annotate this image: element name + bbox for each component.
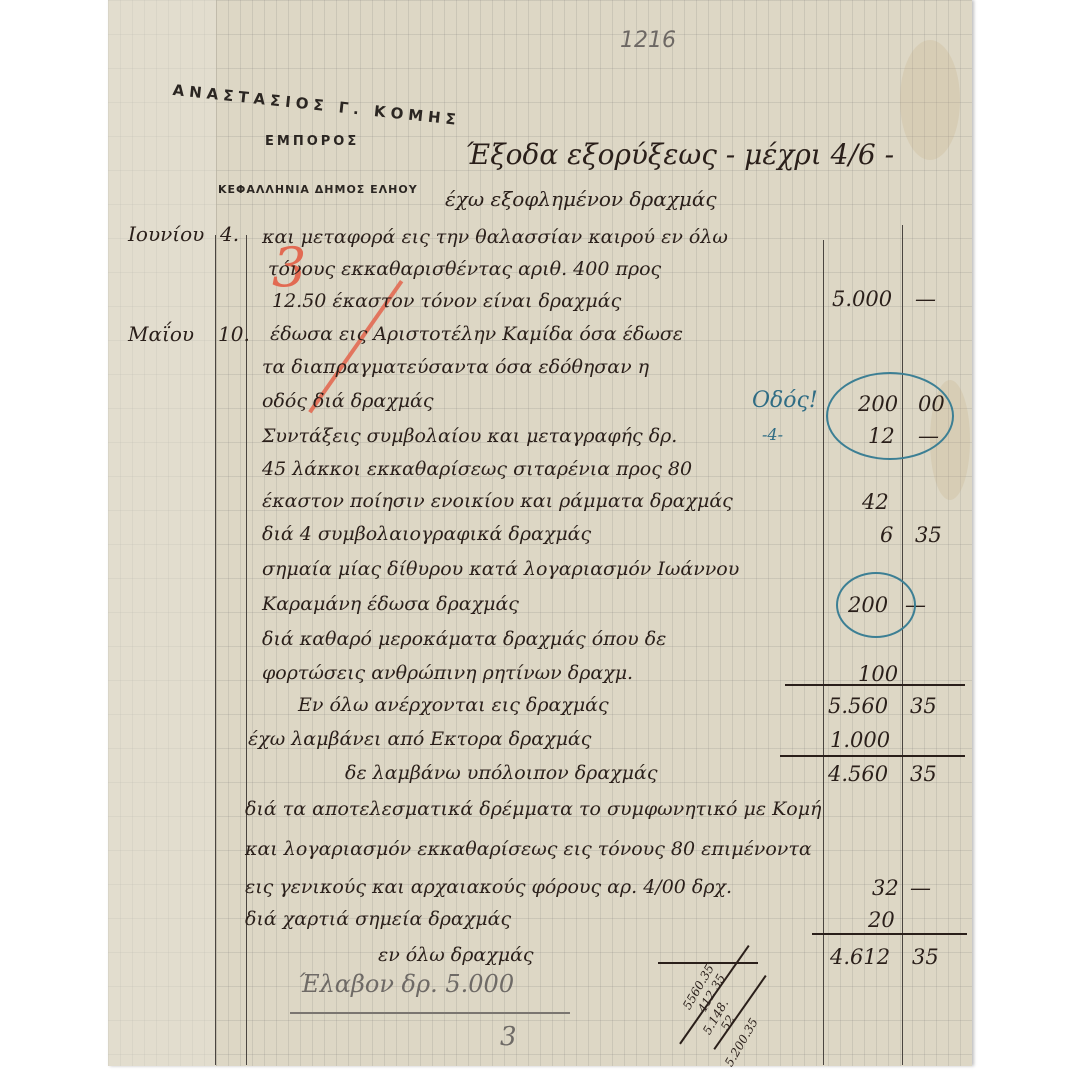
ledger-line-balance: δε λαμβάνω υπόλοιπον δραχμάς bbox=[345, 762, 658, 784]
ledger-line: τα διαπραγματεύσαντα όσα εδόθησαν η bbox=[262, 356, 649, 378]
document-subtitle: έχω εξοφλημένον δραχμάς bbox=[445, 187, 717, 211]
ledger-line: έδωσα εις Αριστοτέλην Καμίδα όσα έδωσε bbox=[270, 323, 683, 345]
letterhead-role: ΕΜΠΟΡΟΣ bbox=[265, 134, 359, 149]
amount-cents: — bbox=[915, 287, 936, 311]
amount-drachmas: 4.612 bbox=[830, 945, 890, 969]
ledger-line-grand-total: εν όλω δραχμάς bbox=[378, 944, 534, 966]
ledger-line: διά τα αποτελεσματικά δρέμματα το συμφων… bbox=[245, 798, 821, 820]
blue-circle-annotation bbox=[826, 372, 954, 460]
blue-note-odos: Οδός! bbox=[752, 388, 818, 413]
amount-drachmas: 100 bbox=[858, 662, 898, 686]
total-rule bbox=[812, 933, 967, 935]
ledger-line: διά καθαρό μεροκάματα δραχμάς όπου δε bbox=[262, 628, 666, 650]
ledger-line: φορτώσεις ανθρώπινη ρητίνων δραχμ. bbox=[262, 662, 633, 684]
ledger-line: οδός διά δραχμάς bbox=[262, 390, 434, 412]
ledger-line: 45 λάκκοι εκκαθαρίσεως σιταρένια προς 80 bbox=[262, 458, 692, 480]
amount-cents: — bbox=[910, 876, 931, 900]
amount-drachmas: 5.000 bbox=[832, 287, 892, 311]
date-day: 4. bbox=[220, 222, 239, 246]
amount-drachmas: 5.560 bbox=[828, 694, 888, 718]
margin-rule-month bbox=[215, 235, 216, 1065]
subtotal-rule bbox=[785, 684, 965, 686]
ledger-line: εις γενικούς και αρχαιακούς φόρους αρ. 4… bbox=[245, 876, 732, 898]
amount-cents: 35 bbox=[910, 762, 937, 786]
ledger-line: σημαία μίας δίθυρου κατά λογαριασμόν Ιωά… bbox=[262, 558, 739, 580]
paper-stain bbox=[900, 40, 960, 160]
pencil-underline bbox=[290, 1012, 570, 1014]
ledger-line: διά χαρτιά σημεία δραχμάς bbox=[245, 908, 511, 930]
background-left bbox=[0, 0, 108, 1080]
ledger-line: και μεταφορά εις την θαλασσίαν καιρού εν… bbox=[262, 226, 728, 248]
ledger-line-total: Εν όλω ανέρχονται εις δραχμάς bbox=[298, 694, 609, 716]
amount-drachmas: 20 bbox=[868, 908, 895, 932]
ledger-line: έχω λαμβάνει από Εκτορα δραχμάς bbox=[248, 728, 591, 750]
date-month: Μαΐου bbox=[128, 322, 194, 346]
pencil-note-received: Έλαβον δρ. 5.000 bbox=[298, 970, 514, 998]
ledger-line: και λογαριασμόν εκκαθαρίσεως εις τόνους … bbox=[245, 838, 812, 860]
background-right bbox=[972, 0, 1080, 1080]
amount-drachmas: 32 bbox=[872, 876, 899, 900]
ledger-line: Καραμάνη έδωσα δραχμάς bbox=[262, 593, 519, 615]
margin-rule-day bbox=[246, 235, 247, 1065]
page-number: 3 bbox=[500, 1022, 517, 1052]
ledger-line: 12.50 έκαστον τόνον είναι δραχμάς bbox=[272, 290, 621, 312]
subtotal-rule bbox=[780, 755, 965, 757]
paper-fold-strip bbox=[108, 0, 217, 1066]
amount-cents: 35 bbox=[910, 694, 937, 718]
ledger-line: διά 4 συμβολαιογραφικά δραχμάς bbox=[262, 523, 591, 545]
blue-circle-annotation bbox=[836, 572, 916, 638]
amount-drachmas: 4.560 bbox=[828, 762, 888, 786]
blue-note-count: -4- bbox=[762, 425, 783, 444]
amount-drachmas: 1.000 bbox=[830, 728, 890, 752]
document-title: Έξοδα εξορύξεως - μέχρι 4/6 - bbox=[465, 138, 894, 171]
ledger-line: τόνους εκκαθαρισθέντας αριθ. 400 προς bbox=[268, 258, 661, 280]
cents-column-rule bbox=[902, 225, 903, 1065]
amount-drachmas: 6 bbox=[880, 523, 893, 547]
ledger-line: Συντάξεις συμβολαίου και μεταγραφής δρ. bbox=[262, 425, 677, 447]
date-month: Ιουνίου bbox=[128, 222, 204, 246]
date-day: 10. bbox=[218, 322, 250, 346]
archive-number: 1216 bbox=[620, 28, 676, 53]
ledger-line: έκαστον ποίησιν ενοικίου και ράμματα δρα… bbox=[262, 490, 733, 512]
amount-drachmas: 42 bbox=[862, 490, 889, 514]
amount-cents: 35 bbox=[912, 945, 939, 969]
amount-cents: 35 bbox=[915, 523, 942, 547]
letterhead-location: ΚΕΦΑΛΛΗΝΙΑ ΔΗΜΟΣ ΕΛΗΟΥ bbox=[218, 183, 418, 196]
amount-column-rule bbox=[823, 240, 824, 1065]
